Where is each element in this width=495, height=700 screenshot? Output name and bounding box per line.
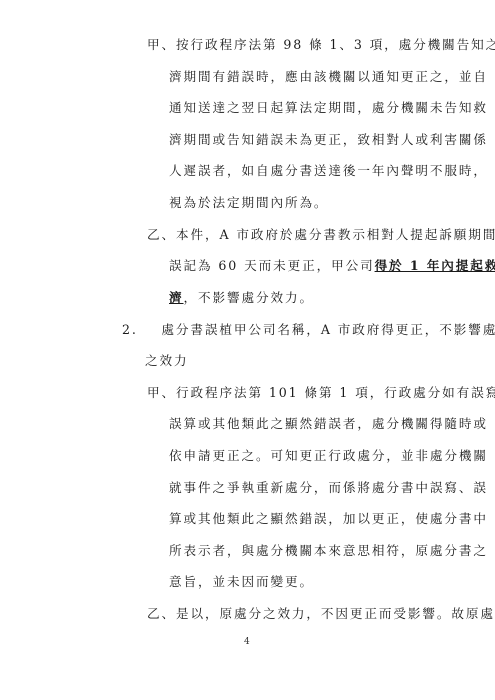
text-line: 甲、按行政程序法第 98 條 1、3 項，處分機關告知之救: [147, 37, 495, 53]
text-line: 視為於法定期間內所為。: [169, 195, 328, 211]
text-line: 就事件之爭執重新處分，而係將處分書中誤寫、誤: [169, 480, 488, 496]
section-heading: 2. 處分書誤植甲公司名稱，A 市政府得更正，不影響處分: [122, 322, 495, 338]
section-heading: 之效力: [145, 353, 188, 369]
text-line: 算或其他類此之顯然錯誤，加以更正，使處分書中: [169, 511, 488, 527]
text-line: 濟期間或告知錯誤未為更正，致相對人或利害關係: [169, 132, 488, 148]
text-line: 通知送達之翌日起算法定期間，處分機關未告知救: [169, 100, 488, 116]
text-line: 甲、行政程序法第 101 條第 1 項，行政處分如有誤寫、: [147, 385, 495, 401]
text-line: 濟期間有錯誤時，應由該機關以通知更正之，並自: [169, 69, 488, 85]
page-number: 4: [244, 637, 250, 647]
text-line: 濟，不影響處分效力。: [169, 290, 314, 306]
text-line: 誤記為 60 天而未更正，甲公司得於 1 年內提起救: [169, 258, 495, 274]
emphasized-text: 得於 1 年內提起救: [375, 258, 495, 273]
text-line: 所表示者，與處分機關本來意思相符，原處分書之: [169, 543, 488, 559]
text-line: 乙、本件，A 市政府於處分書教示相對人提起訴願期間: [147, 227, 495, 243]
emphasized-text: 濟: [169, 290, 184, 305]
text-line: 誤算或其他類此之顯然錯誤者，處分機關得隨時或: [169, 416, 488, 432]
text-line: 意旨，並未因而變更。: [169, 574, 314, 590]
text-line: 乙、是以，原處分之效力，不因更正而受影響。故原處: [147, 606, 495, 622]
text-line: 人遲誤者，如自處分書送達後一年內聲明不服時，: [169, 163, 488, 179]
text-segment: 誤記為 60 天而未更正，甲公司: [169, 258, 375, 273]
text-line: 依申請更正之。可知更正行政處分，並非處分機關: [169, 448, 488, 464]
text-segment: ，不影響處分效力。: [184, 290, 314, 305]
